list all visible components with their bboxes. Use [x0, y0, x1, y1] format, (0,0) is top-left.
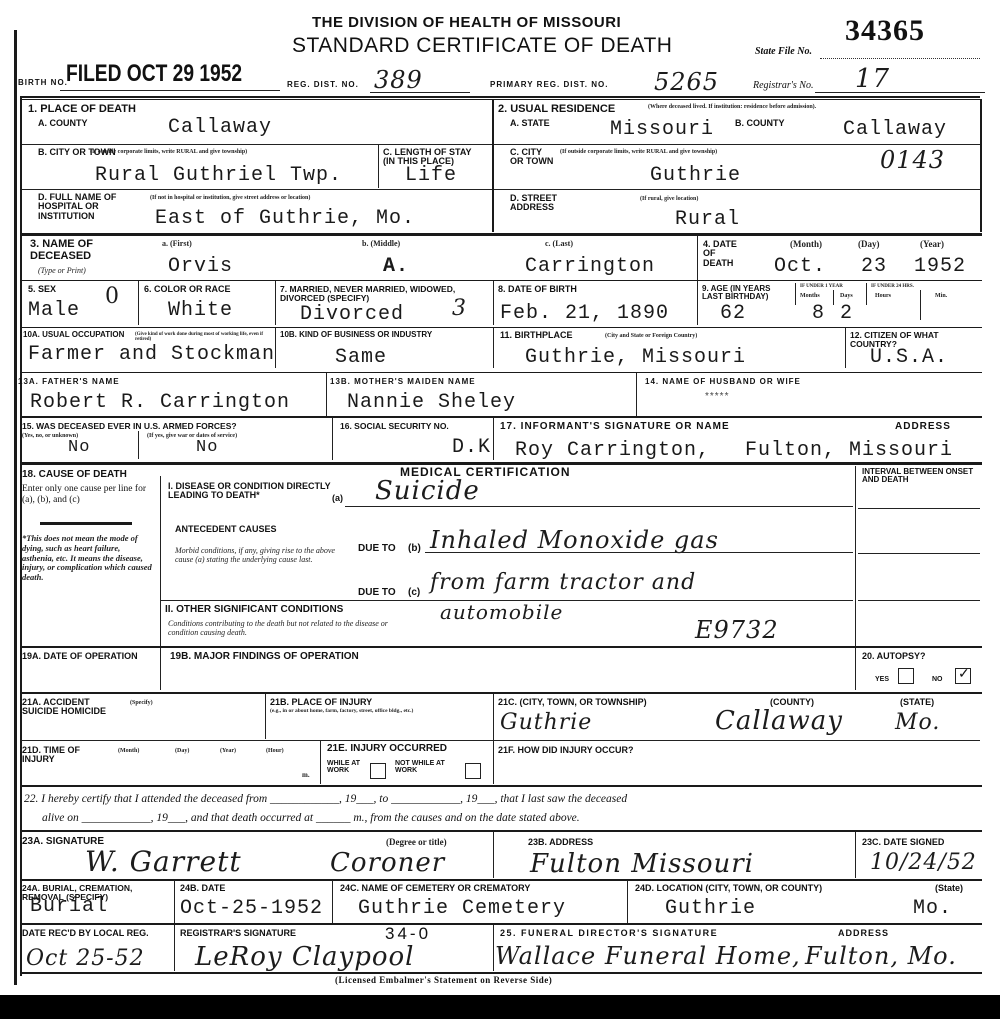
father-name-label: 13a. FATHER'S NAME: [18, 378, 120, 386]
cause-c-marker: (c): [408, 588, 420, 599]
residence-county-label: b. COUNTY: [735, 119, 785, 128]
time-year-label: (Year): [220, 748, 236, 754]
reg-dist-label: REG. DIST. NO.: [287, 80, 359, 89]
checkmark-icon: ✓: [958, 665, 970, 682]
registrar-signature-label: REGISTRAR'S SIGNATURE: [180, 929, 296, 938]
marital-code: 3: [452, 296, 467, 321]
death-city[interactable]: Rural Guthriel Twp.: [95, 164, 342, 187]
social-security-number[interactable]: D.K: [452, 436, 491, 459]
place-of-injury-label: 21b. PLACE OF INJURY: [270, 698, 372, 707]
residence-county[interactable]: Callaway: [843, 118, 947, 141]
cemetery-label: 24c. NAME OF CEMETERY OR CREMATORY: [340, 884, 530, 893]
middle-name-label: b. (Middle): [362, 240, 400, 248]
time-of-injury-label: 21d. TIME OF INJURY: [22, 746, 82, 765]
months-label: Months: [800, 293, 820, 299]
burial-date-label: 24b. DATE: [180, 884, 225, 893]
degree-title[interactable]: Coroner: [330, 848, 445, 878]
part2-label: II. OTHER SIGNIFICANT CONDITIONS: [165, 605, 343, 616]
agency-title: THE DIVISION OF HEALTH OF MISSOURI: [312, 14, 621, 31]
burial-state-label: (State): [935, 884, 963, 893]
while-at-work-checkbox[interactable]: [370, 763, 386, 779]
spouse-name[interactable]: *****: [705, 391, 729, 402]
cause-of-death-label: 18. CAUSE OF DEATH: [22, 470, 127, 481]
informant-label: 17. INFORMANT'S SIGNATURE OR NAME: [500, 422, 730, 433]
registrar-line: [815, 92, 985, 93]
embalmer-note: (Licensed Embalmer's Statement on Revers…: [335, 975, 552, 985]
dob-label: 8. DATE OF BIRTH: [498, 285, 577, 294]
informant-name[interactable]: Roy Carrington,: [515, 439, 710, 462]
sex-label: 5. SEX: [28, 285, 56, 294]
injury-city-label: 21c. (CITY, TOWN, OR TOWNSHIP): [498, 698, 647, 707]
cause-a[interactable]: Suicide: [375, 476, 480, 506]
sex-code: 0: [105, 284, 120, 309]
cause-b-marker: (b): [408, 544, 421, 555]
citizenship[interactable]: U.S.A.: [870, 346, 948, 369]
cause-b[interactable]: Inhaled Monoxide gas: [430, 526, 719, 554]
burial-date[interactable]: Oct-25-1952: [180, 897, 323, 920]
injury-state[interactable]: Mo.: [895, 710, 940, 735]
street-address-label: d. STREET ADDRESS: [510, 194, 570, 213]
marital-status[interactable]: Divorced: [300, 303, 404, 326]
funeral-director-signature[interactable]: Wallace Funeral Home,: [495, 942, 801, 970]
kind-of-business[interactable]: Same: [335, 346, 387, 369]
time-day-label: (Day): [175, 748, 189, 754]
spouse-name-label: 14. NAME OF HUSBAND OR WIFE: [645, 378, 801, 386]
cause-instructions: Enter only one cause per line for (a), (…: [22, 484, 152, 507]
business-label: 10b. KIND OF BUSINESS OR INDUSTRY: [280, 331, 485, 339]
funeral-director-label: 25. FUNERAL DIRECTOR'S SIGNATURE: [500, 929, 718, 938]
form-top-border: [20, 96, 980, 98]
autopsy-no-label: NO: [932, 676, 943, 683]
registrar-no-label: Registrar's No.: [753, 80, 813, 91]
age-days[interactable]: 2: [840, 302, 853, 325]
hours-label: Hours: [875, 293, 891, 299]
residence-city-hint: (If outside corporate limits, write RURA…: [560, 149, 880, 155]
while-at-work-label: WHILE AT WORK: [327, 760, 372, 775]
sex-value[interactable]: Male: [28, 299, 80, 322]
autopsy-no-checkbox[interactable]: ✓: [955, 668, 971, 684]
death-certificate: THE DIVISION OF HEALTH OF MISSOURI STAND…: [0, 0, 1000, 1019]
residence-city-code: 0143: [880, 146, 945, 174]
usual-residence-label: 2. USUAL RESIDENCE: [498, 104, 615, 116]
city-hint: (If outside corporate limits, write RURA…: [90, 149, 330, 155]
death-year[interactable]: 1952: [914, 255, 966, 278]
signer-address-label: 23b. ADDRESS: [528, 838, 593, 847]
operation-date-label: 19a. DATE OF OPERATION: [22, 652, 154, 661]
county-label: a. COUNTY: [38, 119, 88, 128]
death-day[interactable]: 23: [861, 255, 887, 278]
under-24-hrs-label: IF UNDER 24 HRS.: [871, 284, 914, 289]
informant-address-label: ADDRESS: [895, 422, 951, 433]
date-of-death-label: 4. DATE OF DEATH: [703, 240, 748, 268]
signer-address[interactable]: Fulton Missouri: [530, 849, 754, 879]
accident-hint: (Specify): [130, 700, 153, 706]
birthplace-hint: (City and State or Foreign Country): [605, 333, 697, 339]
certificate-title: STANDARD CERTIFICATE OF DEATH: [292, 34, 672, 58]
interval-label: INTERVAL BETWEEN ONSET AND DEATH: [862, 468, 977, 485]
injury-city[interactable]: Guthrie: [500, 710, 592, 735]
disposition[interactable]: Burial: [30, 895, 108, 918]
usual-residence-hint: (Where deceased lived. If institution: r…: [648, 104, 978, 110]
name-of-deceased-label: 3. NAME OF DECEASED: [30, 239, 140, 262]
registrar-code: 34-0: [385, 924, 431, 944]
age-label: 9. AGE (In years last birthday): [702, 285, 792, 302]
birth-no-label: BIRTH NO.: [18, 78, 68, 87]
place-of-injury-hint: (e.g., in or about home, farm, factory, …: [270, 709, 490, 715]
date-signed-label: 23c. DATE SIGNED: [862, 838, 944, 847]
birthplace[interactable]: Guthrie, Missouri: [525, 346, 746, 369]
hospital-name[interactable]: East of Guthrie, Mo.: [155, 207, 415, 230]
form-left-border: [14, 30, 17, 985]
certification-line-1: 22. I hereby certify that I attended the…: [24, 793, 627, 805]
occupation-hint: (Give kind of work done during most of w…: [135, 332, 275, 343]
registrar-signature[interactable]: LeRoy Claypool: [195, 942, 415, 972]
death-month-label: (Month): [790, 240, 822, 249]
primary-reg-dist-label: PRIMARY REG. DIST. NO.: [490, 80, 608, 89]
date-received[interactable]: Oct 25-52: [26, 946, 145, 971]
icd-code: E9732: [695, 616, 779, 644]
certification-line-2: alive on ____________, 19___, and that d…: [42, 812, 580, 824]
other-conditions[interactable]: automobile: [440, 600, 563, 624]
antecedent-causes-label: ANTECEDENT CAUSES: [175, 525, 277, 534]
cause-c[interactable]: from farm tractor and: [430, 570, 696, 595]
days-label: Days: [840, 293, 853, 299]
filed-stamp: FILED OCT 29 1952: [66, 60, 242, 88]
due-to-b-label: DUE TO: [358, 544, 396, 555]
not-while-at-work-label: NOT WHILE AT WORK: [395, 760, 455, 775]
residence-state[interactable]: Missouri: [610, 118, 714, 141]
last-name[interactable]: Carrington: [525, 255, 655, 278]
hospital-label: d. FULL NAME OF HOSPITAL OR INSTITUTION: [38, 193, 148, 221]
operation-findings-label: 19b. MAJOR FINDINGS OF OPERATION: [170, 652, 359, 663]
residence-state-label: a. STATE: [510, 119, 550, 128]
under-1-year-label: IF UNDER 1 YEAR: [800, 284, 843, 289]
mother-maiden-name[interactable]: Nannie Sheley: [347, 391, 516, 414]
age-years[interactable]: 62: [720, 302, 746, 325]
middle-name[interactable]: A.: [383, 255, 409, 278]
how-injury-occurred-label: 21f. HOW DID INJURY OCCUR?: [498, 746, 634, 755]
autopsy-label: 20. AUTOPSY?: [862, 652, 926, 661]
mother-name-label: 13b. MOTHER'S MAIDEN NAME: [330, 378, 476, 386]
cause-a-marker: (a): [332, 494, 343, 503]
part2-hint: Conditions contributing to the death but…: [168, 619, 408, 637]
primary-reg-dist-number: 5265: [654, 68, 719, 96]
reg-dist-number: 389: [374, 66, 423, 94]
armed-forces-label: 15. WAS DECEASED EVER IN U.S. ARMED FORC…: [22, 422, 237, 431]
death-day-label: (Day): [858, 240, 880, 249]
type-or-print-hint: (Type or Print): [38, 266, 86, 275]
race-label: 6. COLOR OR RACE: [144, 285, 231, 294]
death-month[interactable]: Oct.: [774, 255, 826, 278]
armed-forces-answer[interactable]: No: [68, 438, 90, 457]
time-hour-label: (Hour): [266, 748, 284, 754]
service-dates[interactable]: No: [196, 438, 218, 457]
burial-state[interactable]: Mo.: [913, 897, 952, 920]
burial-location-label: 24d. LOCATION (City, town, or county): [635, 884, 822, 893]
death-year-label: (Year): [920, 240, 944, 249]
antecedent-hint: Morbid conditions, if any, giving rise t…: [175, 546, 355, 564]
residence-city-label: c. CITY OR TOWN: [510, 148, 555, 167]
last-name-label: c. (Last): [545, 240, 573, 248]
street-address-hint: (If rural, give location): [640, 196, 698, 202]
burial-location[interactable]: Guthrie: [665, 897, 756, 920]
autopsy-yes-checkbox[interactable]: [898, 668, 914, 684]
age-months[interactable]: 8: [812, 302, 825, 325]
funeral-address-label: ADDRESS: [838, 929, 889, 938]
time-month-label: (Month): [118, 748, 139, 754]
state-file-label: State File No.: [755, 46, 812, 57]
injury-county[interactable]: Callaway: [715, 706, 843, 736]
usual-occupation[interactable]: Farmer and Stockman: [28, 343, 275, 366]
ssn-label: 16. SOCIAL SECURITY NO.: [340, 422, 490, 431]
father-name[interactable]: Robert R. Carrington: [30, 391, 290, 414]
residence-city[interactable]: Guthrie: [650, 164, 741, 187]
time-m-label: m.: [302, 772, 310, 779]
reg-dist-line: [370, 92, 470, 93]
service-dates-hint: (If yes, give war or dates of service): [147, 433, 237, 439]
injury-state-label: (STATE): [900, 698, 934, 707]
race-value[interactable]: White: [168, 299, 233, 322]
occupation-label: 10a. USUAL OCCUPATION: [23, 331, 124, 339]
birth-no-line: [60, 90, 280, 91]
place-of-death-label: 1. PLACE OF DEATH: [28, 104, 136, 116]
first-name-label: a. (First): [162, 240, 192, 248]
not-while-at-work-checkbox[interactable]: [465, 763, 481, 779]
death-county[interactable]: Callaway: [168, 116, 272, 139]
state-file-number: 34365: [845, 14, 925, 48]
physician-signature[interactable]: W. Garrett: [85, 845, 242, 878]
autopsy-yes-label: YES: [875, 676, 889, 683]
part1-label: I. DISEASE OR CONDITION DIRECTLY LEADING…: [168, 482, 338, 501]
street-address[interactable]: Rural: [675, 208, 740, 231]
birthplace-label: 11. BIRTHPLACE: [500, 331, 573, 340]
date-received-label: DATE REC'D BY LOCAL REG.: [22, 929, 162, 938]
min-label: Min.: [935, 293, 947, 299]
hospital-hint: (If not in hospital or institution, give…: [150, 195, 490, 201]
cemetery-name[interactable]: Guthrie Cemetery: [358, 897, 566, 920]
date-signed[interactable]: 10/24/52: [870, 850, 977, 875]
accident-suicide-homicide-label: 21a. ACCIDENT SUICIDE HOMICIDE: [22, 698, 112, 717]
state-file-line: [820, 58, 980, 59]
funeral-director-address[interactable]: Fulton, Mo.: [805, 942, 957, 970]
due-to-c-label: DUE TO: [358, 588, 396, 599]
scan-border-bar: [0, 995, 1000, 1019]
degree-label: (Degree or title): [386, 838, 447, 847]
date-of-birth[interactable]: Feb. 21, 1890: [500, 302, 669, 325]
length-of-stay[interactable]: Life: [405, 164, 457, 187]
cause-note: *This does not mean the mode of dying, s…: [22, 534, 154, 583]
injury-occurred-label: 21e. INJURY OCCURRED: [327, 744, 447, 755]
first-name[interactable]: Orvis: [168, 255, 233, 278]
informant-address[interactable]: Fulton, Missouri: [745, 439, 953, 462]
registrar-number: 17: [855, 64, 890, 94]
